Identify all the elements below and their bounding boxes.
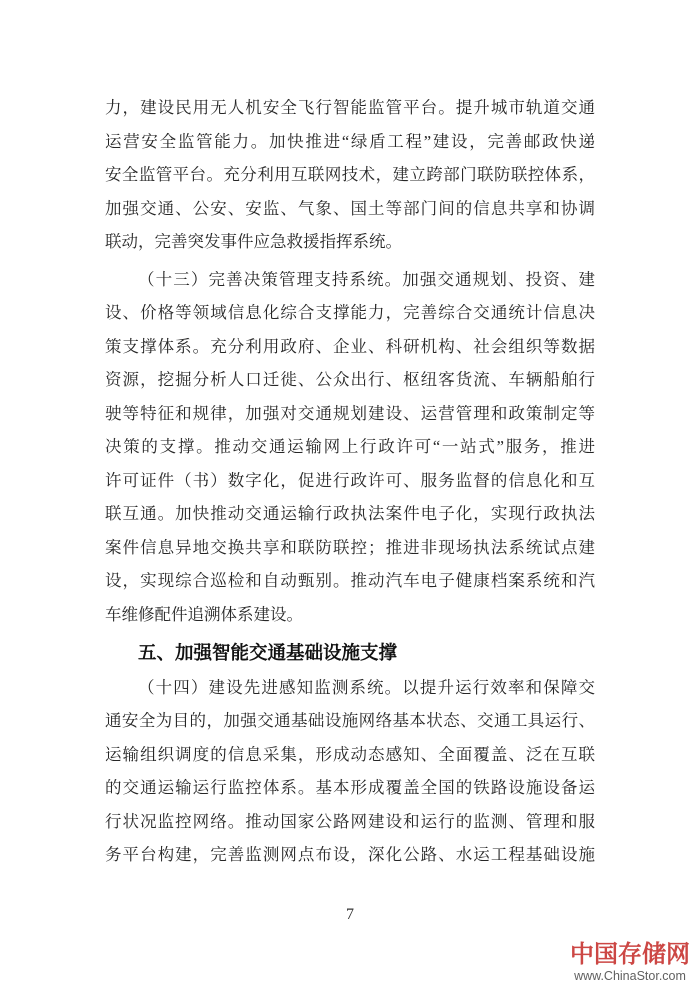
text-line: 资源，挖掘分析人口迁徙、公众出行、枢纽客货流、车辆船舶行 [105, 363, 595, 397]
text-line: 运营安全监管能力。加快推进“绿盾工程”建设，完善邮政快递 [105, 125, 595, 159]
text-line: 设、价格等领域信息化综合支撑能力，完善综合交通统计信息决 [105, 296, 595, 330]
watermark: 中国存储网 www.ChinaStor.com [564, 942, 696, 982]
text-line: 许可证件（书）数字化，促进行政许可、服务监督的信息化和互 [105, 464, 595, 498]
section-heading: 五、加强智能交通基础设施支撑 [105, 636, 595, 670]
text-line: 案件信息异地交换共享和联防联控；推进非现场执法系统试点建 [105, 531, 595, 565]
text-line: 务平台构建，完善监测网点布设，深化公路、水运工程基础设施 [105, 838, 595, 872]
text-line: 安全监管平台。充分利用互联网技术，建立跨部门联防联控体系， [105, 158, 595, 192]
text-paragraph: （十四）建设先进感知监测系统。以提升运行效率和保障交通安全为目的，加强交通基础设… [105, 671, 595, 872]
text-line: （十四）建设先进感知监测系统。以提升运行效率和保障交 [105, 671, 595, 705]
text-line: 的交通运输运行监控体系。基本形成覆盖全国的铁路设施设备运 [105, 771, 595, 805]
text-line: 力，建设民用无人机安全飞行智能监管平台。提升城市轨道交通 [105, 91, 595, 125]
text-line: 决策的支撑。推动交通运输网上行政许可“一站式”服务，推进 [105, 430, 595, 464]
document-page: 力，建设民用无人机安全飞行智能监管平台。提升城市轨道交通运营安全监管能力。加快推… [0, 0, 700, 989]
text-line: 策支撑体系。充分利用政府、企业、科研机构、社会组织等数据 [105, 330, 595, 364]
text-line: 联动，完善突发事件应急救援指挥系统。 [105, 225, 595, 259]
text-line: 联互通。加快推动交通运输行政执法案件电子化，实现行政执法 [105, 497, 595, 531]
text-line: 设，实现综合巡检和自动甄别。推动汽车电子健康档案系统和汽 [105, 564, 595, 598]
text-paragraph: （十三）完善决策管理支持系统。加强交通规划、投资、建设、价格等领域信息化综合支撑… [105, 263, 595, 632]
document-content: 力，建设民用无人机安全飞行智能监管平台。提升城市轨道交通运营安全监管能力。加快推… [105, 91, 595, 876]
text-line: 加强交通、公安、安监、气象、国土等部门间的信息共享和协调 [105, 192, 595, 226]
page-number: 7 [105, 906, 595, 924]
text-paragraph: 力，建设民用无人机安全飞行智能监管平台。提升城市轨道交通运营安全监管能力。加快推… [105, 91, 595, 259]
watermark-site-name: 中国存储网 [564, 942, 696, 967]
text-line: 驶等特征和规律，加强对交通规划建设、运营管理和政策制定等 [105, 397, 595, 431]
text-line: 车维修配件追溯体系建设。 [105, 598, 595, 632]
watermark-site-url: www.ChinaStor.com [564, 970, 696, 983]
text-line: 通安全为目的，加强交通基础设施网络基本状态、交通工具运行、 [105, 704, 595, 738]
text-line: 行状况监控网络。推动国家公路网建设和运行的监测、管理和服 [105, 805, 595, 839]
text-line: 运输组织调度的信息采集，形成动态感知、全面覆盖、泛在互联 [105, 738, 595, 772]
text-line: （十三）完善决策管理支持系统。加强交通规划、投资、建 [105, 263, 595, 297]
